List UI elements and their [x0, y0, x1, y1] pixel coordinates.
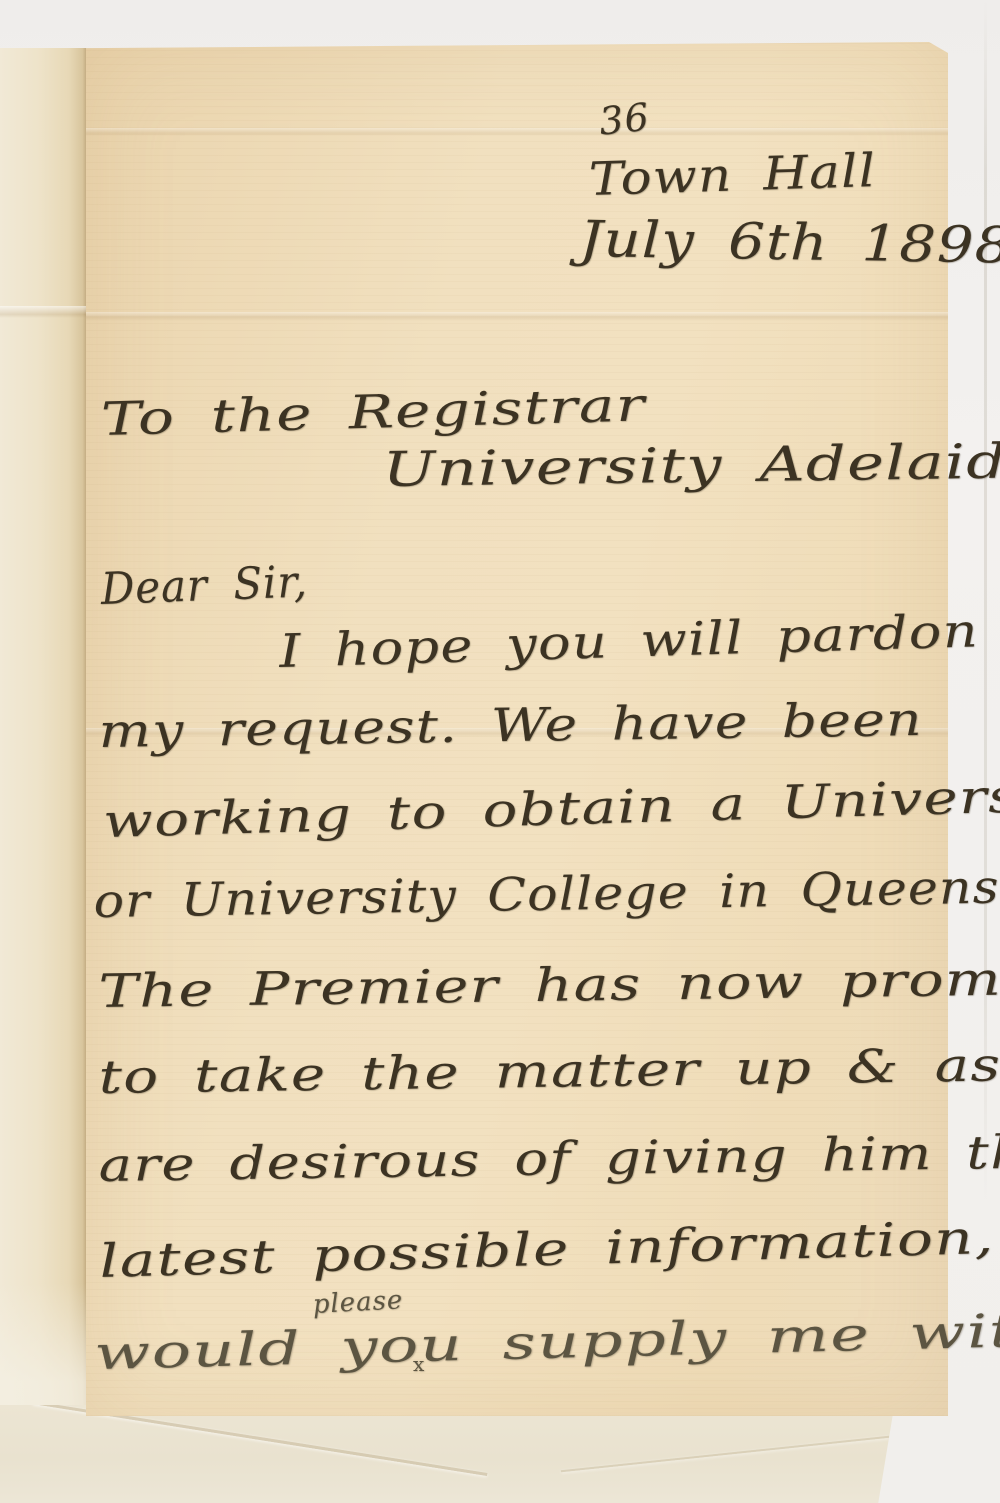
header-place: Town Hall [588, 143, 877, 206]
insertion-please: please [312, 1285, 404, 1320]
fold-crease [0, 306, 86, 318]
header-date: July 6th 1898 [579, 210, 1000, 275]
header-number: 36 [597, 95, 652, 144]
fold-crease [86, 128, 948, 136]
salutation: Dear Sir, [100, 556, 309, 615]
underlying-page [0, 1405, 898, 1503]
insertion-caret: x [413, 1352, 425, 1376]
paper-crease [561, 1436, 889, 1472]
recipient-line-2: University Adelaide [382, 433, 1000, 498]
adjacent-page-edge [0, 48, 86, 1503]
letter-scan: 36 Town Hall July 6th 1898 To the Regist… [0, 0, 1000, 1503]
fold-crease [86, 312, 948, 321]
background-fold-shadow [984, 0, 987, 1200]
